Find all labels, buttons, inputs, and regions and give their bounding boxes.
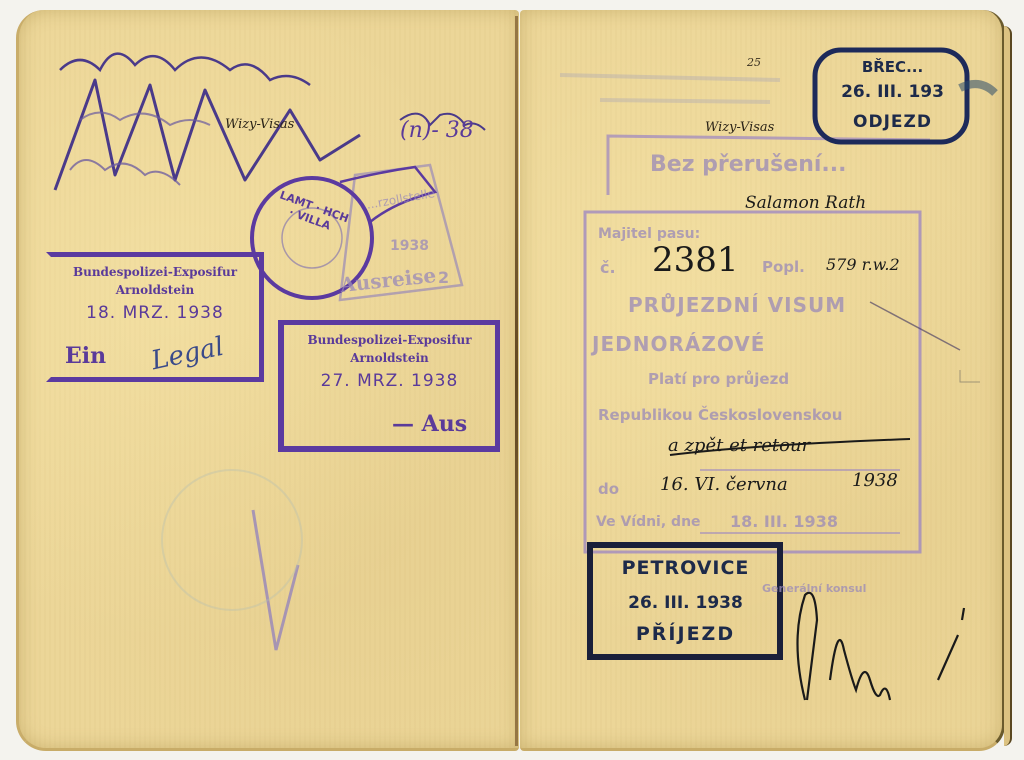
fee-label: Popl.	[762, 258, 805, 276]
valid-country: Republikou Československou	[598, 406, 842, 424]
valid-label: Platí pro průjezd	[648, 370, 789, 388]
number-label: č.	[600, 258, 616, 277]
departure-stamp-label: ODJEZD	[820, 112, 965, 132]
arrival-stamp-place: PETROVICE	[593, 557, 778, 579]
until-handwritten: 16. VI. června	[660, 474, 788, 495]
arrival-stamp-label: PŘÍJEZD	[593, 623, 778, 645]
issued-label: Ve Vídni, dne	[596, 514, 701, 530]
until-label: do	[598, 480, 619, 498]
arrival-stamp-date: 26. III. 1938	[593, 593, 778, 613]
visa-title-line1: PRŮJEZDNÍ VISUM	[628, 293, 846, 317]
valid-handwritten: a zpět et retour	[668, 435, 810, 456]
holder-name-handwritten: Salamon Rath	[745, 193, 866, 213]
fee-handwritten: 579 r.w.2	[826, 255, 900, 274]
faint-header-stamp: Bez přerušení...	[650, 152, 846, 177]
departure-stamp-date: 26. III. 193	[820, 82, 965, 102]
right-page-heading: Wizy-Visas	[705, 120, 774, 135]
until-year: 1938	[852, 470, 898, 491]
departure-stamp-place: BŘEC...	[820, 58, 965, 76]
visa-number: 2381	[652, 240, 739, 280]
issued-date: 18. III. 1938	[730, 512, 838, 531]
page-number: 25	[747, 56, 761, 69]
visa-title-line2: JEDNORÁZOVÉ	[592, 332, 765, 356]
